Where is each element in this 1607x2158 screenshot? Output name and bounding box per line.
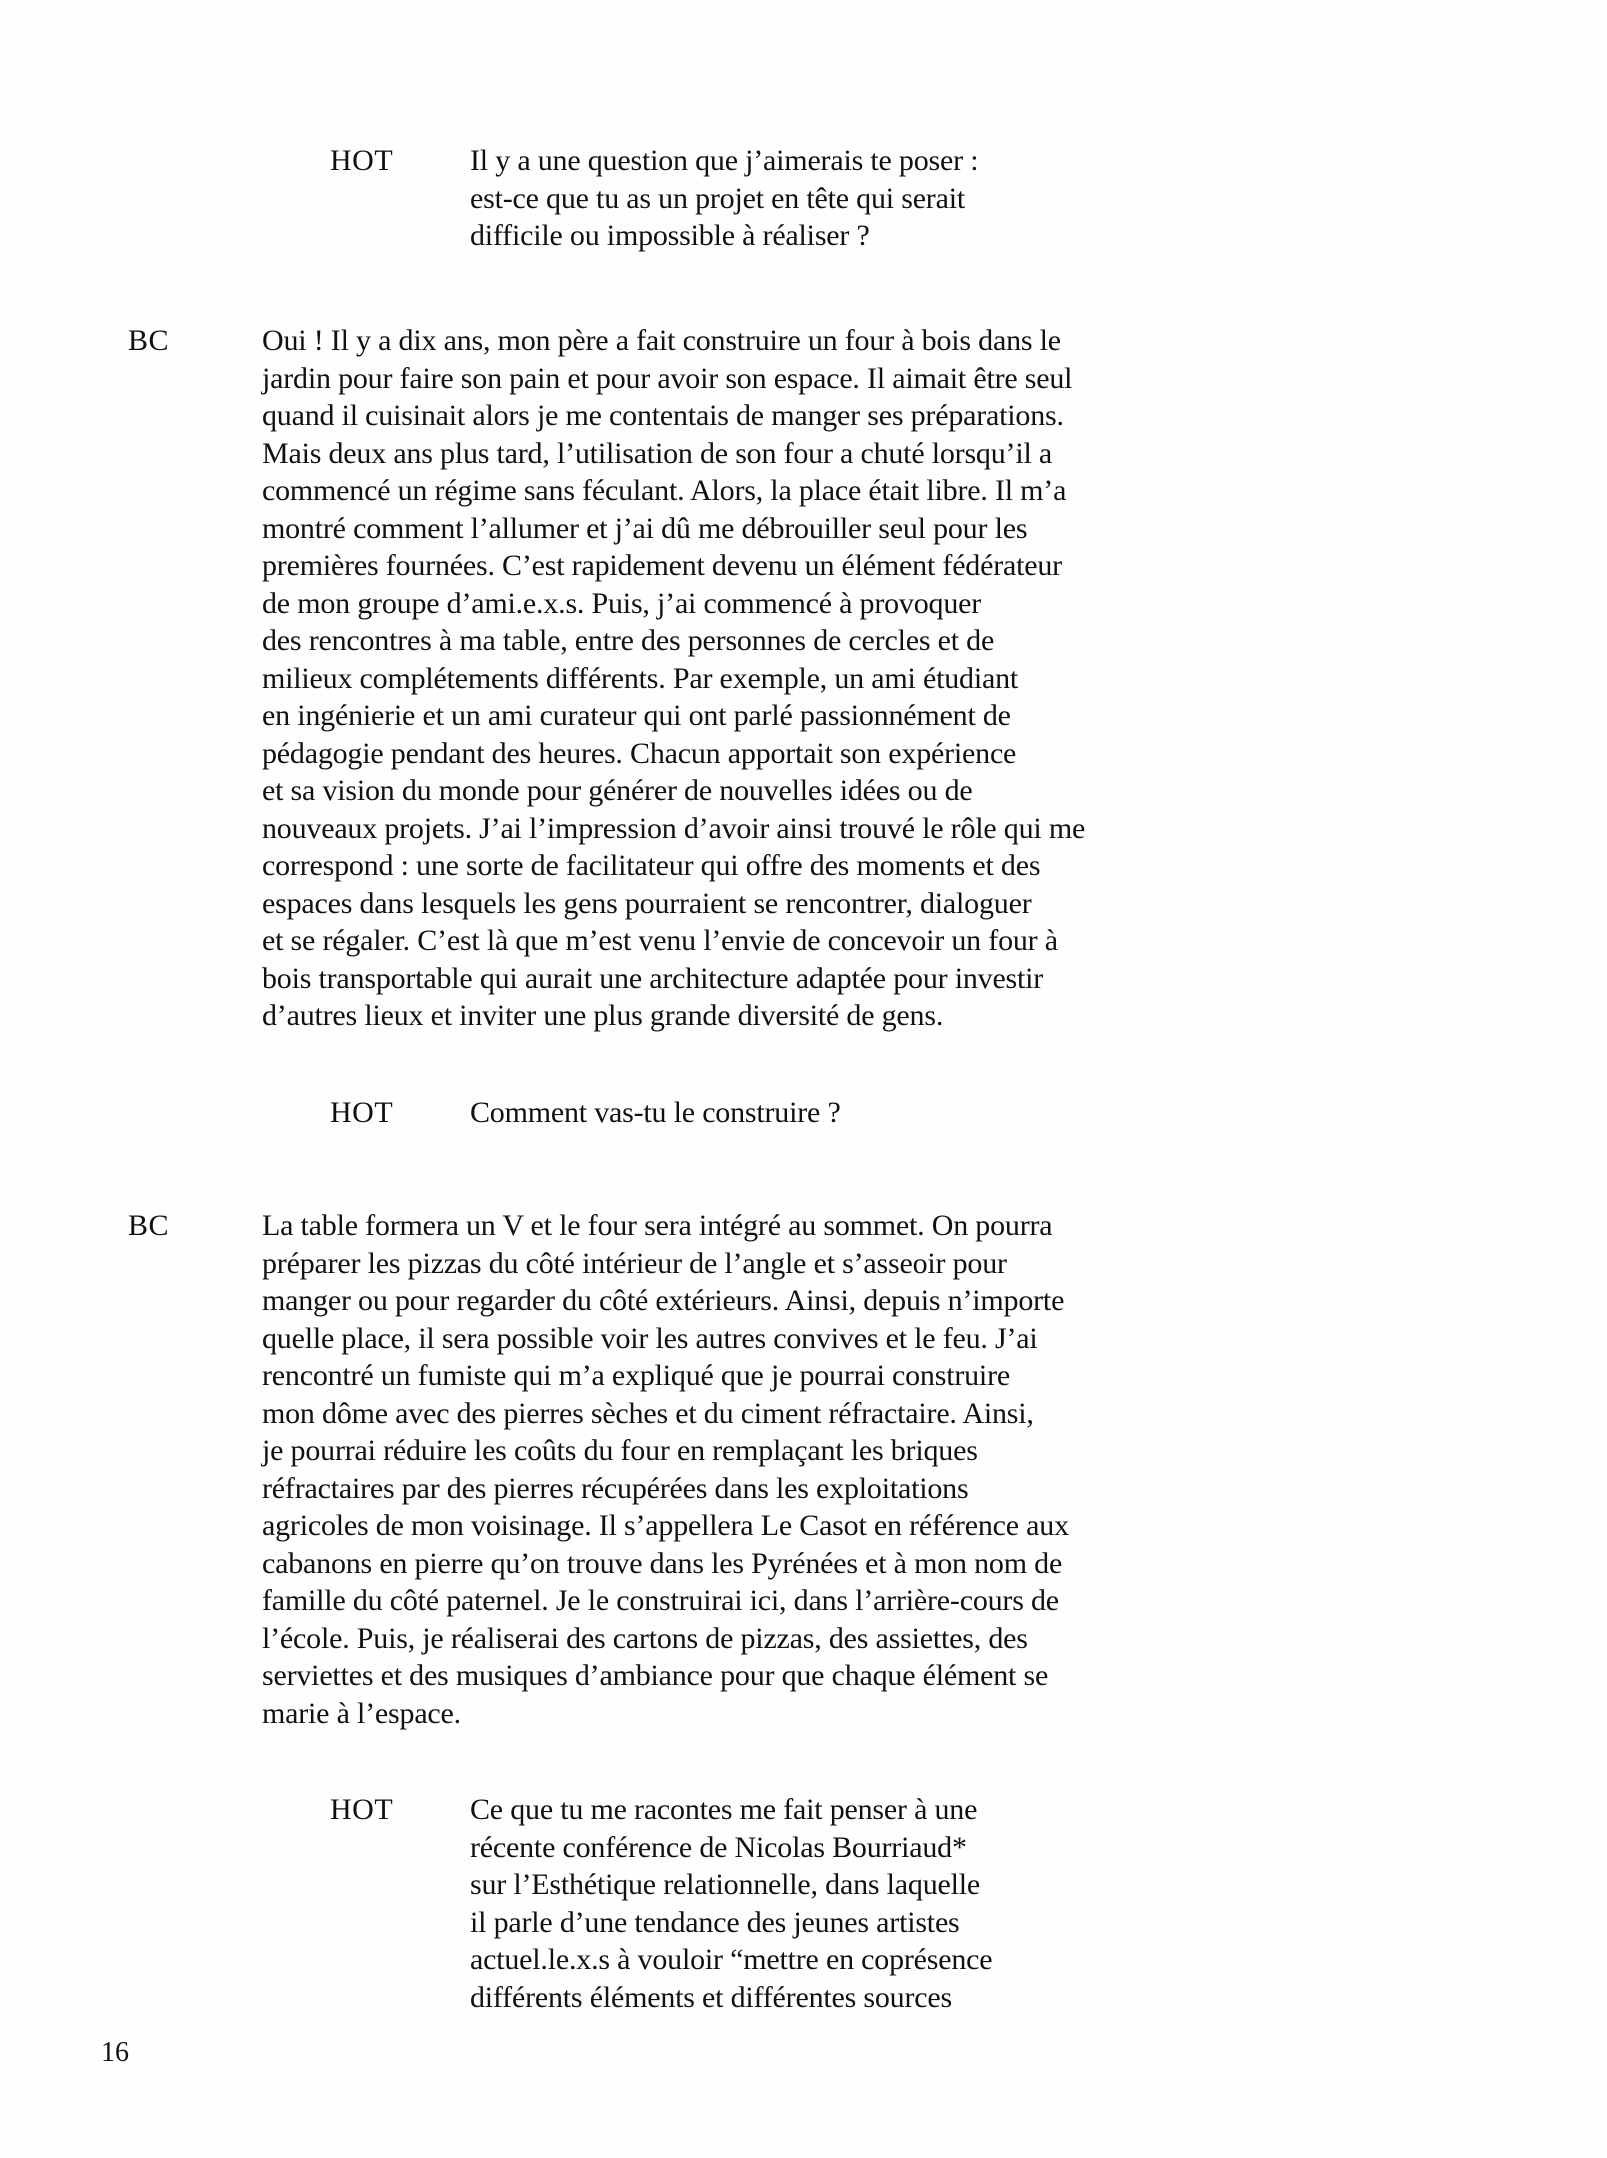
- speaker-label-hot: HOT: [330, 1791, 393, 1829]
- speaker-label-bc: BC: [128, 322, 169, 360]
- document-page: HOT Il y a une question que j’aimerais t…: [0, 0, 1607, 2158]
- speaker-label-bc: BC: [128, 1207, 169, 1245]
- dialogue-text: La table formera un V et le four sera in…: [262, 1207, 1442, 1732]
- dialogue-text: Comment vas-tu le construire ?: [470, 1094, 1390, 1132]
- speaker-label-hot: HOT: [330, 1094, 393, 1132]
- page-number: 16: [101, 2036, 129, 2070]
- dialogue-text: Oui ! Il y a dix ans, mon père a fait co…: [262, 322, 1442, 1035]
- dialogue-text: Il y a une question que j’aimerais te po…: [470, 142, 1390, 255]
- dialogue-text: Ce que tu me racontes me fait penser à u…: [470, 1791, 1390, 2016]
- speaker-label-hot: HOT: [330, 142, 393, 180]
